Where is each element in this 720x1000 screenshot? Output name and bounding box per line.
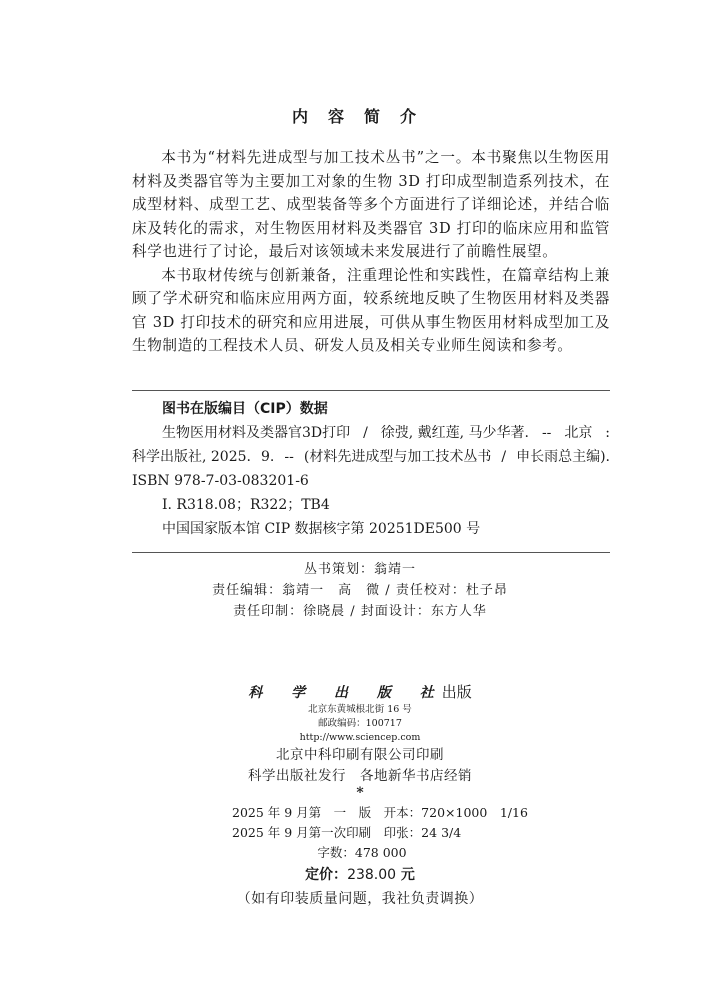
publisher-logo: 科 学 出 版 社 [248,685,446,701]
intro-paragraph-2: 本书取材传统与创新兼备，注重理论性和实践性，在篇章结构上兼顾了学术研究和临床应用… [132,264,610,358]
responsible-editors: 责任编辑：翁靖一 高 微 / 责任校对：杜子昂 [0,580,720,601]
cip-book-title: 生物医用材料及类器官3D打印 [162,421,350,445]
publisher-logo-line: 科 学 出 版 社出版 [0,681,720,703]
price-unit: 元 [396,867,415,883]
cip-series-editor: 申长雨总主编). [516,445,610,469]
separator-asterisk: * [0,785,720,801]
cip-top-divider [132,390,610,391]
book-introduction: 本书为“材料先进成型与加工技术丛书”之一。本书聚焦以生物医用材料及类器官等为主要… [132,146,610,358]
cip-number: 中国国家版本馆 CIP 数据核字第 20251DE500 号 [132,517,610,541]
cip-place: 北京 [564,421,592,445]
cip-data-block: 图书在版编目（CIP）数据 生物医用材料及类器官3D打印 / 徐弢, 戴红莲, … [132,397,610,541]
publisher-address: 北京东黄城根北街 16 号 [0,703,720,717]
cip-slash: / [363,421,368,445]
cip-dash: -- [542,421,551,445]
publisher-block: 科 学 出 版 社出版 北京东黄城根北街 16 号 邮政编码：100717 ht… [0,681,720,787]
cip-slash-2: / [501,445,506,469]
cip-month: 9. [261,445,274,469]
print-specs: 2025 年 9 月第 一 版 开本：720×1000 1/16 2025 年 … [232,803,532,863]
cip-isbn: ISBN 978-7-03-083201-6 [132,469,610,493]
intro-paragraph-1: 本书为“材料先进成型与加工技术丛书”之一。本书聚焦以生物医用材料及类器官等为主要… [132,146,610,264]
cip-dash-2: -- [284,445,293,469]
publisher-postcode: 邮政编码：100717 [0,717,720,731]
cip-publisher-year: 科学出版社, 2025. [132,445,251,469]
cip-bottom-divider [132,552,610,553]
series-planner: 丛书策划：翁靖一 [0,559,720,580]
distribution: 科学出版社发行 各地新华书店经销 [0,766,720,787]
printer: 北京中科印刷有限公司印刷 [0,745,720,766]
cip-line-1: 生物医用材料及类器官3D打印 / 徐弢, 戴红莲, 马少华著. -- 北京 : [132,421,610,445]
copyright-page: 内容简介 本书为“材料先进成型与加工技术丛书”之一。本书聚焦以生物医用材料及类器… [0,0,720,1000]
cip-authors: 徐弢, 戴红莲, 马少华著. [381,421,529,445]
word-count: 字数：478 000 [232,843,492,863]
editorial-credits: 丛书策划：翁靖一 责任编辑：翁靖一 高 微 / 责任校对：杜子昂 责任印制：徐晓… [0,559,720,622]
cip-classification: Ⅰ. R318.08；R322；TB4 [132,493,610,517]
cip-line-2: 科学出版社, 2025. 9. -- (材料先进成型与加工技术丛书 / 申长雨总… [132,445,610,469]
production-credits: 责任印制：徐晓晨 / 封面设计：东方人华 [0,601,720,622]
publisher-url: http://www.sciencep.com [0,731,720,745]
quality-notice: （如有印装质量问题，我社负责调换） [0,888,720,910]
publisher-logo-suffix: 出版 [442,683,472,701]
cip-series: (材料先进成型与加工技术丛书 [304,445,491,469]
cip-heading: 图书在版编目（CIP）数据 [132,397,610,421]
page-title: 内容简介 [0,104,720,127]
printing-line: 2025 年 9 月第一次印刷 印张：24 3/4 [232,823,532,843]
edition-line: 2025 年 9 月第 一 版 开本：720×1000 1/16 [232,803,532,823]
price-line: 定价：238.00 元 [0,864,720,886]
price-amount: 238.00 [347,867,396,883]
price-label: 定价： [305,867,347,883]
cip-colon: : [605,421,610,445]
